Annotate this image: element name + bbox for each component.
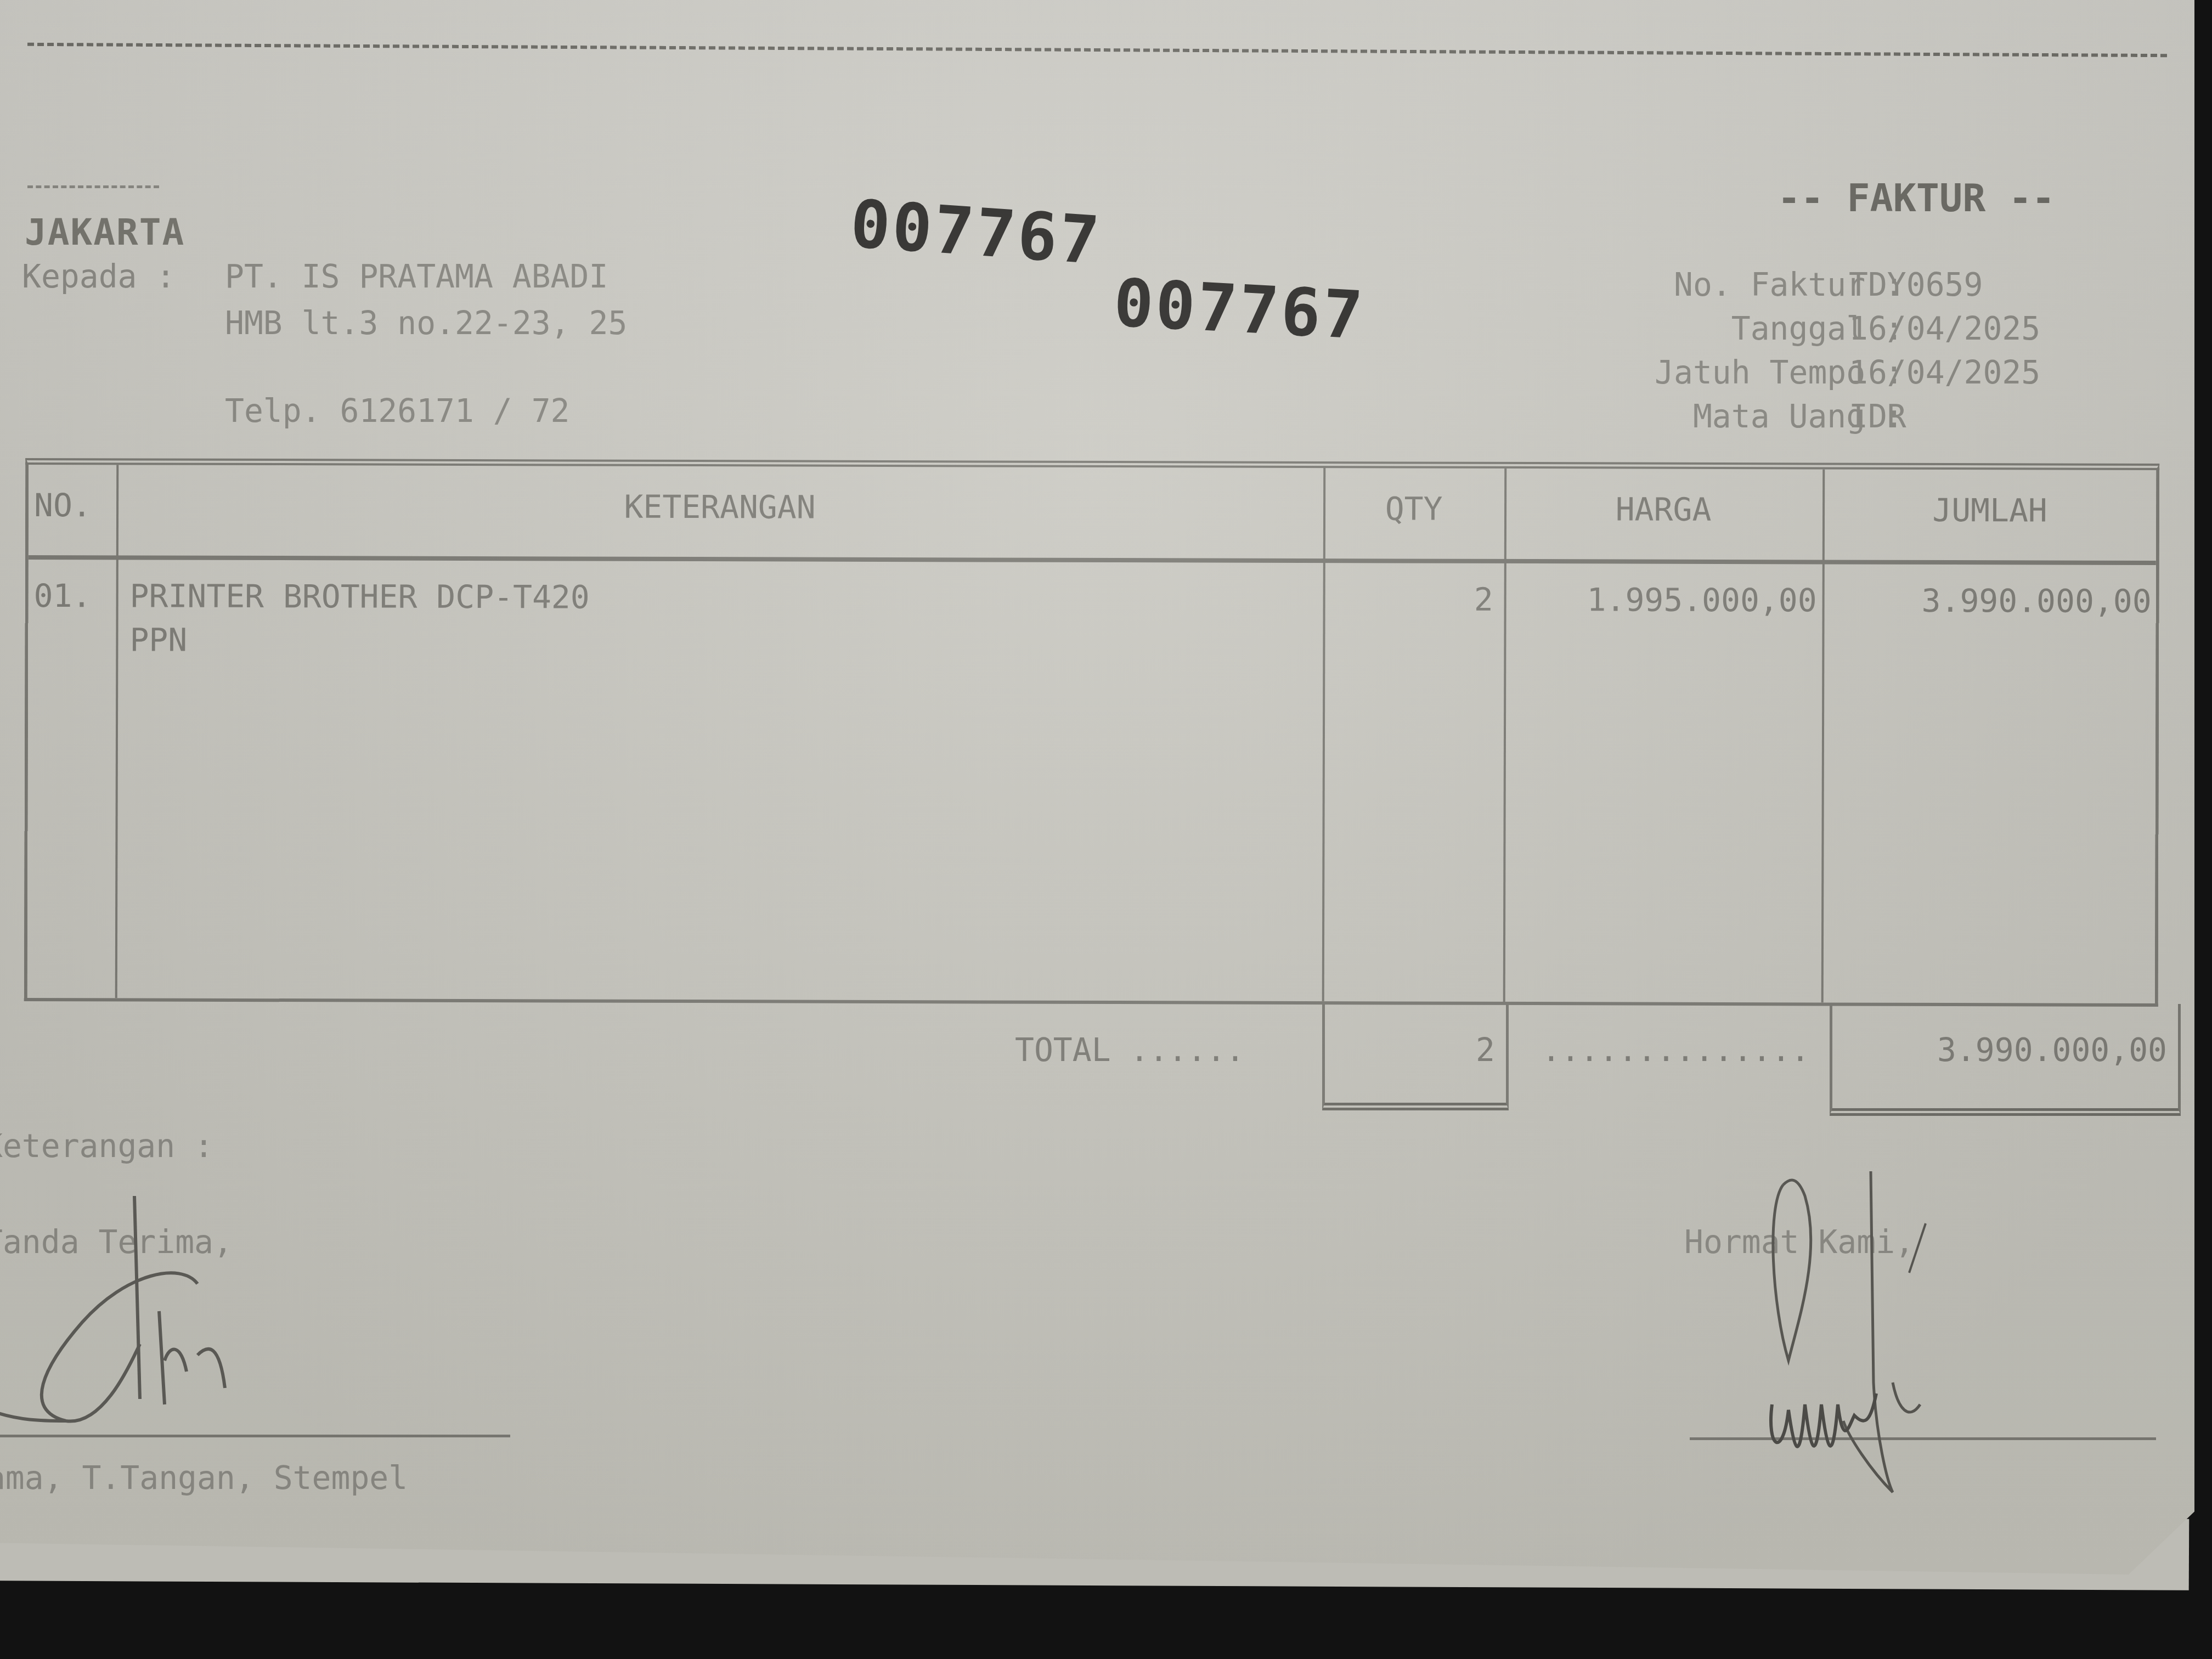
recipient-signature	[0, 1180, 285, 1437]
total-qty: 2	[1322, 1031, 1495, 1069]
company-city: JAKARTA	[25, 211, 185, 253]
row-no: 01.	[34, 577, 92, 614]
total-amount: 3.990.000,00	[1830, 1031, 2167, 1069]
header-qty: QTY	[1323, 490, 1504, 528]
invoice-table: NO. KETERANGAN QTY HARGA JUMLAH 01. PRIN…	[24, 458, 2160, 1007]
row-description-ppn: PPN	[129, 621, 187, 658]
header-no: NO.	[29, 487, 122, 524]
invoice-paper: JAKARTA Kepada : PT. IS PRATAMA ABADI HM…	[0, 0, 2194, 1575]
row-amount: 3.990.000,00	[1822, 582, 2152, 620]
column-divider	[1503, 469, 1507, 1002]
header-divider	[29, 555, 2156, 565]
recipient-name: PT. IS PRATAMA ABADI	[225, 258, 608, 295]
total-dots: ..............	[1542, 1031, 1810, 1069]
issuer-signature	[1745, 1163, 1964, 1514]
total-label: TOTAL ......	[1015, 1031, 1245, 1069]
header-rule	[27, 185, 159, 188]
recipient-address: HMB lt.3 no.22-23, 25	[225, 304, 627, 342]
perforation-line	[27, 43, 2167, 57]
column-divider	[1322, 468, 1326, 1001]
recipient-label: Kepada :	[22, 258, 175, 295]
notes-label: Keterangan :	[0, 1127, 213, 1165]
row-qty: 2	[1323, 580, 1493, 618]
column-divider	[1821, 469, 1825, 1002]
currency: IDR	[1849, 398, 1906, 435]
row-price: 1.995.000,00	[1504, 581, 1817, 619]
document-title: -- FAKTUR --	[1778, 176, 2055, 221]
serial-stamp-2: 007767	[1112, 265, 1367, 354]
header-amount: JUMLAH	[1822, 491, 2157, 529]
invoice-date: 16/04/2025	[1849, 310, 2040, 347]
row-description: PRINTER BROTHER DCP-T420	[130, 577, 590, 616]
received-caption: Nama, T.Tangan, Stempel	[0, 1459, 408, 1497]
due-date-label: Jatuh Tempo :	[1531, 354, 1904, 391]
recipient-phone: Telp. 6126171 / 72	[225, 392, 570, 430]
column-divider	[115, 465, 119, 998]
header-price: HARGA	[1504, 490, 1822, 529]
serial-stamp-1: 007767	[848, 186, 1104, 280]
invoice-no: TDY0659	[1849, 266, 1983, 303]
due-date: 16/04/2025	[1849, 354, 2040, 391]
header-description: KETERANGAN	[116, 487, 1323, 527]
